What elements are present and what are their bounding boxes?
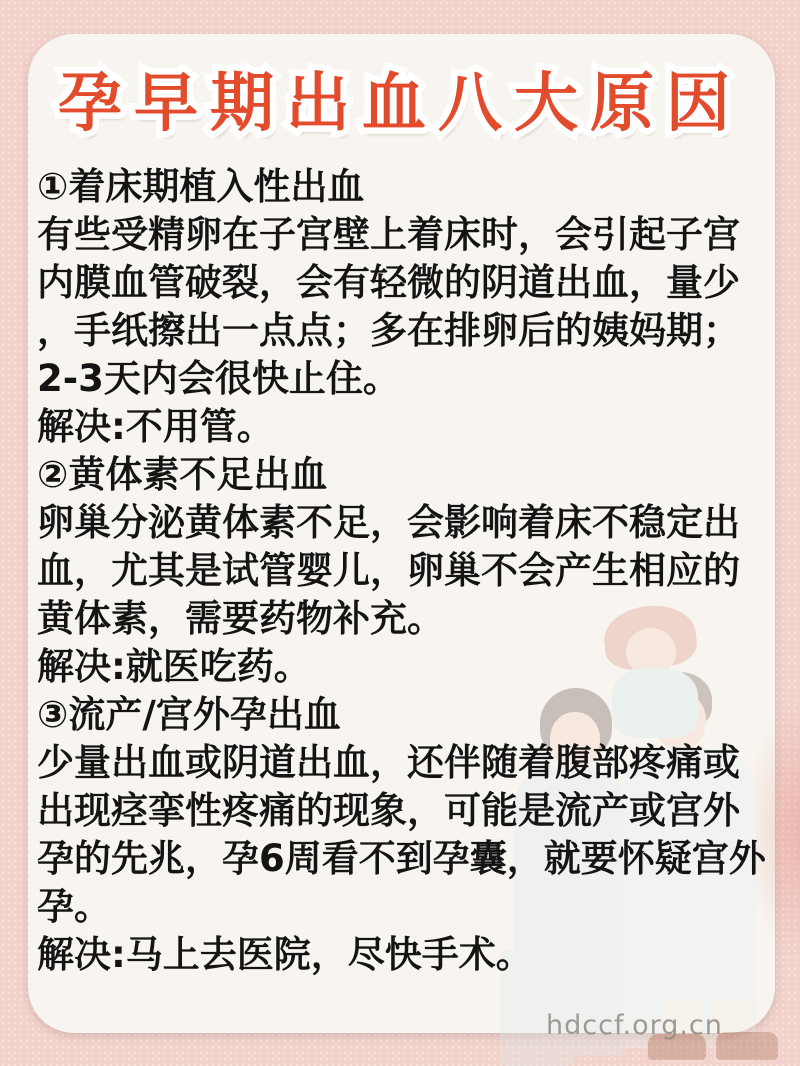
section-2-line: 黄体素，需要药物补充。 (37, 595, 769, 643)
watermark: hdccf.org.cn (546, 1010, 723, 1041)
section-2-heading: ②黄体素不足出血 (37, 451, 769, 499)
section-2-solution: 解决:就医吃药。 (37, 643, 769, 691)
section-3-heading: ③流产/宫外孕出血 (37, 691, 769, 739)
section-3-line: 少量出血或阴道出血，还伴随着腹部疼痛或 (37, 739, 769, 787)
section-1-line: 内膜血管破裂，会有轻微的阴道出血，量少 (37, 259, 769, 307)
section-3-solution: 解决:马上去医院，尽快手术。 (37, 931, 769, 979)
section-3-line: 孕。 (37, 883, 769, 931)
page-title-text: 孕早期出血八大原因 (58, 67, 742, 141)
section-1-line: 2-3天内会很快止住。 (37, 355, 769, 403)
section-1-line: ，手纸擦出一点点；多在排卵后的姨妈期； (37, 307, 769, 355)
section-3-line: 出现痉挛性疼痛的现象，可能是流产或宫外 (37, 787, 769, 835)
infographic-frame: 孕早期出血八大原因 孕早期出血八大原因 ①着床期植入性出血 有些受精卵在子宫壁上… (0, 0, 800, 1066)
section-1-heading: ①着床期植入性出血 (37, 163, 769, 211)
article-body: ①着床期植入性出血 有些受精卵在子宫壁上着床时，会引起子宫 内膜血管破裂，会有轻… (37, 163, 769, 979)
page-title: 孕早期出血八大原因 孕早期出血八大原因 (0, 52, 800, 144)
section-1-solution: 解决:不用管。 (37, 403, 769, 451)
section-2-line: 血，尤其是试管婴儿，卵巢不会产生相应的 (37, 547, 769, 595)
figure-shoe (716, 1032, 778, 1060)
section-2-line: 卵巢分泌黄体素不足，会影响着床不稳定出 (37, 499, 769, 547)
section-3-line: 孕的先兆，孕6周看不到孕囊，就要怀疑宫外 (37, 835, 769, 883)
section-1-line: 有些受精卵在子宫壁上着床时，会引起子宫 (37, 211, 769, 259)
